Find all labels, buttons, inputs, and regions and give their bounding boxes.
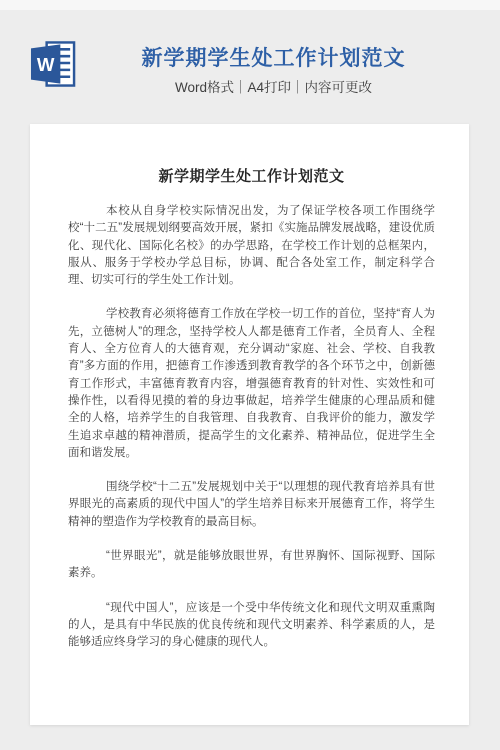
document-paragraph: “世界眼光”，就是能够放眼世界，有世界胸怀、国际视野、国际素养。 — [68, 548, 435, 583]
document-title: 新学期学生处工作计划范文 — [68, 168, 435, 186]
document-paragraph: 本校从自身学校实际情况出发，为了保证学校各项工作围绕学校“十二五”发展规划纲要高… — [68, 203, 435, 289]
header-subtitle: Word格式｜A4打印｜内容可更改 — [77, 79, 470, 96]
header-title: 新学期学生处工作计划范文 — [77, 46, 470, 72]
top-strip — [0, 0, 500, 10]
document-body: 本校从自身学校实际情况出发，为了保证学校各项工作围绕学校“十二五”发展规划纲要高… — [68, 203, 435, 652]
header-text-block: 新学期学生处工作计划范文 Word格式｜A4打印｜内容可更改 — [77, 46, 470, 96]
document-paragraph: “现代中国人”，应该是一个受中华传统文化和现代文明双重熏陶的人，是具有中华民族的… — [68, 600, 435, 652]
header: W 新学期学生处工作计划范文 Word格式｜A4打印｜内容可更改 — [0, 10, 500, 96]
document-page: 新学期学生处工作计划范文 本校从自身学校实际情况出发，为了保证学校各项工作围绕学… — [30, 124, 469, 725]
document-paragraph: 学校教育必须将德育工作放在学校一切工作的首位，坚持“育人为先，立德树人”的理念，… — [68, 306, 435, 462]
word-icon: W — [30, 40, 77, 88]
document-paragraph: 围绕学校“十二五”发展规划中关于“以理想的现代教育培养具有世界眼光的高素质的现代… — [68, 479, 435, 531]
svg-text:W: W — [37, 54, 55, 75]
